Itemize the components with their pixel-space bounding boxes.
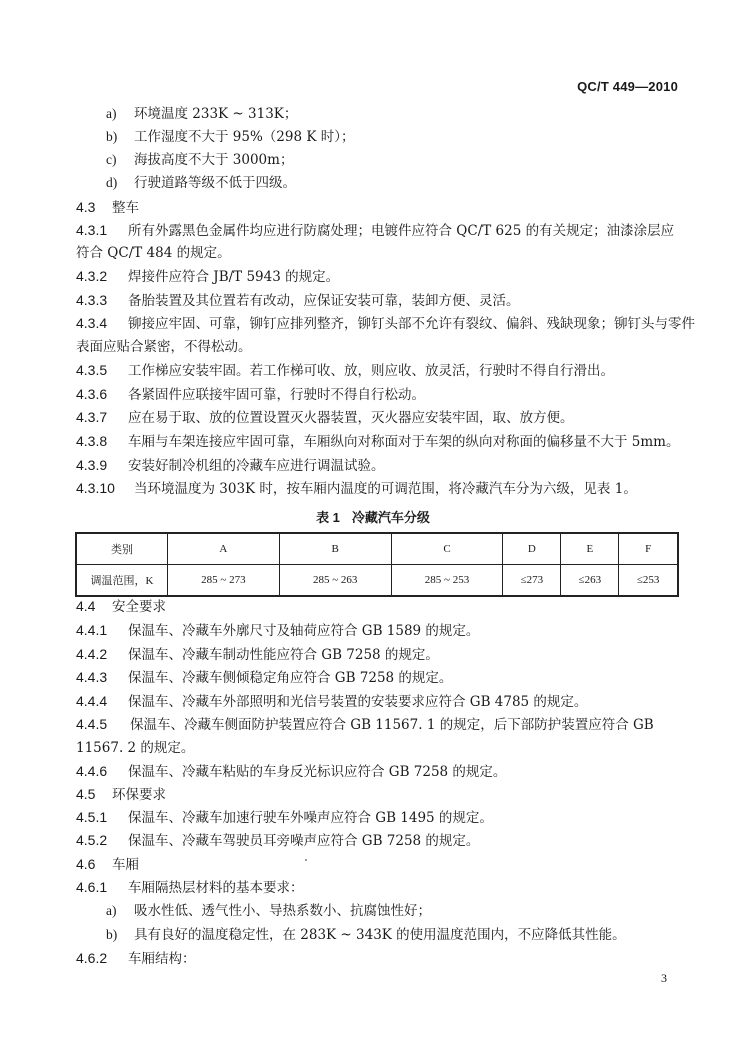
clause-4-4-6: 4.4.6保温车、冷藏车粘贴的车身反光标识应符合 GB 7258 的规定。 [76,761,506,782]
list-text: 吸水性低、透气性小、导热系数小、抗腐蚀性好； [134,903,431,919]
clause-4-4-2: 4.4.2保温车、冷藏车制动性能应符合 GB 7258 的规定。 [76,644,439,665]
list-text: 海拔高度不大于 3000m； [134,152,293,168]
table-row: 调温范围，K 285 ~ 273 285 ~ 263 285 ~ 253 ≤27… [76,565,678,597]
clause-4-4-1: 4.4.1保温车、冷藏车外廓尺寸及轴荷应符合 GB 1589 的规定。 [76,620,479,641]
table-caption-number: 表 1 [316,510,340,525]
clause-4-3-2: 4.3.2焊接件应符合 JB/T 5943 的规定。 [76,266,339,287]
condition-c: c)海拔高度不大于 3000m； [106,150,293,170]
list-text: 行驶道路等级不低于四级。 [134,175,296,191]
table-cell: ≤253 [619,565,678,597]
classification-table: 类别 A B C D E F 调温范围，K 285 ~ 273 285 ~ 26… [75,532,679,597]
condition-a: a)环境温度 233K ~ 313K； [106,104,297,124]
table-caption-title: 冷藏汽车分级 [352,510,430,525]
requirement-b: b)具有良好的温度稳定性，在 283K ~ 343K 的使用温度范围内，不应降低… [106,925,626,945]
table-header-row: 类别 A B C D E F [76,533,678,565]
table-cell: ≤273 [503,565,561,597]
table-header-cell: A [168,533,280,565]
list-label: b) [106,925,134,945]
page-number: 3 [661,971,667,986]
clause-4-3-6: 4.3.6各紧固件应联接牢固可靠，行驶时不得自行松动。 [76,384,425,405]
list-label: b) [106,127,134,147]
clause-4-6-1: 4.6.1车厢隔热层材料的基本要求： [76,877,304,898]
clause-4-3-1: 4.3.1所有外露黑色金属件均应进行防腐处理；电镀件应符合 QC/T 625 的… [76,220,674,241]
table-cell: 285 ~ 263 [279,565,391,597]
clause-4-3-4-continued: 表面应贴合紧密，不得松动。 [76,337,252,357]
list-label: a) [106,901,134,921]
list-label: a) [106,104,134,124]
requirement-a: a)吸水性低、透气性小、导热系数小、抗腐蚀性好； [106,901,431,921]
table-cell: 285 ~ 273 [168,565,280,597]
clause-4-4-5: 4.4.5保温车、冷藏车侧面防护装置应符合 GB 11567. 1 的规定，后下… [76,714,654,735]
document-id-header: QC/T 449—2010 [577,79,678,94]
section-heading-4-5: 4.5环保要求 [76,784,166,805]
clause-4-6-2: 4.6.2车厢结构： [76,948,196,969]
table-cell: 调温范围，K [76,565,168,597]
table-cell: 285 ~ 253 [391,565,503,597]
clause-4-3-5: 4.3.5工作梯应安装牢固。若工作梯可收、放，则应收、放灵活，行驶时不得自行滑出… [76,360,614,381]
section-heading-4-3: 4.3整车 [76,197,139,218]
clause-4-3-9: 4.3.9安装好制冷机组的冷藏车应进行调温试验。 [76,455,385,476]
clause-4-5-2: 4.5.2保温车、冷藏车驾驶员耳旁噪声应符合 GB 7258 的规定。 [76,830,479,851]
clause-4-5-1: 4.5.1保温车、冷藏车加速行驶车外噪声应符合 GB 1495 的规定。 [76,807,493,828]
clause-4-4-4: 4.4.4保温车、冷藏车外部照明和光信号装置的安装要求应符合 GB 4785 的… [76,691,587,712]
table-header-cell: F [619,533,678,565]
section-heading-4-6: 4.6车厢 [76,854,139,875]
clause-4-3-10: 4.3.10当环境温度为 303K 时，按车厢内温度的可调范围，将冷藏汽车分为六… [76,478,637,499]
condition-d: d)行驶道路等级不低于四级。 [106,173,296,193]
scan-speck [305,859,307,861]
list-label: c) [106,150,134,170]
clause-4-4-3: 4.4.3保温车、冷藏车侧倾稳定角应符合 GB 7258 的规定。 [76,667,452,688]
condition-b: b)工作湿度不大于 95%（298 K 时）； [106,127,354,147]
table-header-cell: C [391,533,503,565]
table-header-cell: B [279,533,391,565]
table-header-cell: 类别 [76,533,168,565]
clause-4-3-1-continued: 符合 QC/T 484 的规定。 [76,243,231,263]
table-cell: ≤263 [561,565,619,597]
clause-4-3-7: 4.3.7应在易于取、放的位置设置灭火器装置，灭火器应安装牢固，取、放方便。 [76,407,574,428]
list-text: 具有良好的温度稳定性，在 283K ~ 343K 的使用温度范围内，不应降低其性… [134,927,626,943]
table-header-cell: D [503,533,561,565]
clause-4-4-5-continued: 11567. 2 的规定。 [76,738,194,758]
clause-4-3-4: 4.3.4铆接应牢固、可靠，铆钉应排列整齐，铆钉头部不允许有裂纹、偏斜、残缺现象… [76,313,695,334]
section-heading-4-4: 4.4安全要求 [76,596,166,617]
table-header-cell: E [561,533,619,565]
table-caption: 表 1冷藏汽车分级 [0,507,746,526]
list-text: 工作湿度不大于 95%（298 K 时）； [134,129,354,145]
clause-4-3-3: 4.3.3备胎装置及其位置若有改动，应保证安装可靠，装卸方便、灵活。 [76,290,520,311]
clause-4-3-8: 4.3.8车厢与车架连接应牢固可靠，车厢纵向对称面对于车架的纵向对称面的偏移量不… [76,431,679,452]
list-label: d) [106,173,134,193]
list-text: 环境温度 233K ~ 313K； [134,106,297,122]
